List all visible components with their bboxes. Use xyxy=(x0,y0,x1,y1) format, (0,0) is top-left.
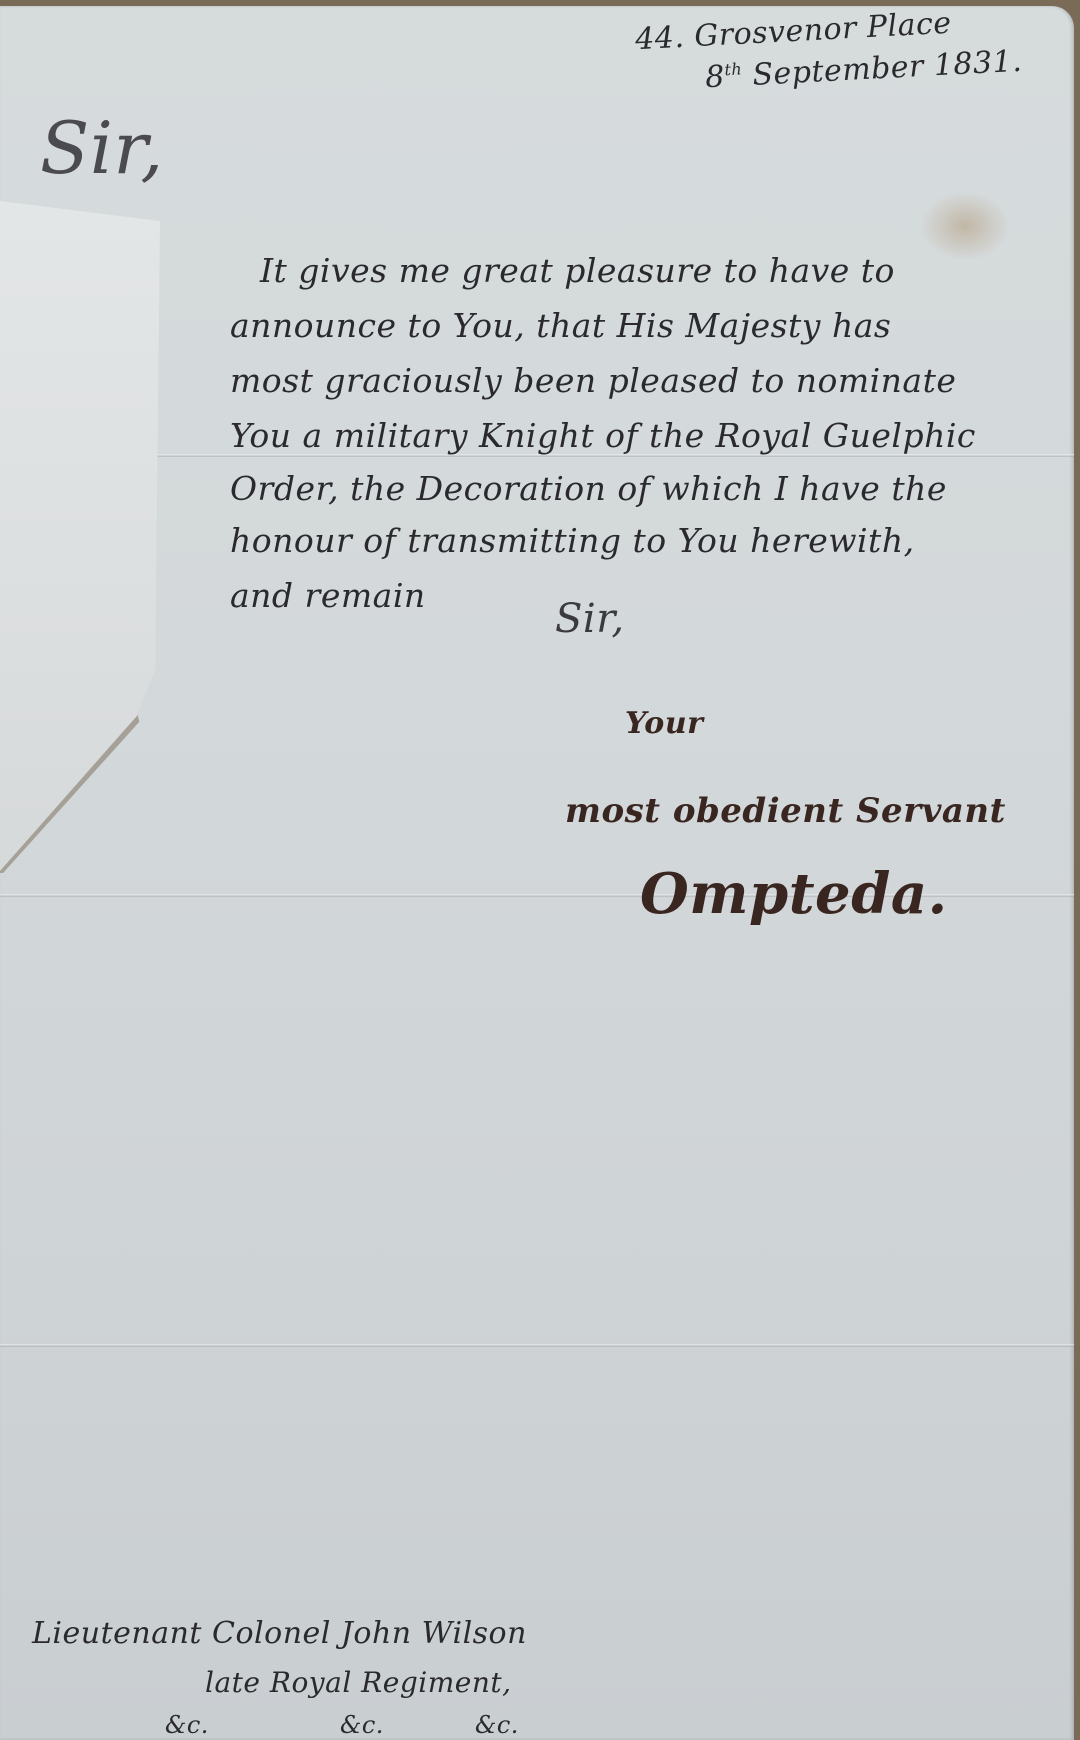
body-line: It gives me great pleasure to have to xyxy=(260,251,895,290)
body-line: Order, the Decoration of which I have th… xyxy=(230,469,947,508)
stain xyxy=(920,191,1010,261)
addressee-regiment: late Royal Regiment, xyxy=(205,1666,512,1699)
closing-yours: Your xyxy=(625,706,703,741)
body-line: most graciously been pleased to nominate xyxy=(230,361,956,400)
addressee-name: Lieutenant Colonel John Wilson xyxy=(32,1616,527,1651)
letter-date: 8th September 1831. xyxy=(704,44,1023,96)
body-line: honour of transmitting to You herewith, xyxy=(230,521,915,560)
etc-mark: &c. xyxy=(165,1711,209,1739)
etc-mark: &c. xyxy=(340,1711,384,1739)
etc-mark: &c. xyxy=(475,1711,519,1739)
body-line: announce to You, that His Majesty has xyxy=(230,306,891,345)
closing-servant: most obedient Servant xyxy=(565,791,1006,831)
closing-salutation: Sir, xyxy=(555,596,625,642)
folded-flap xyxy=(0,201,160,871)
letter-paper: 44. Grosvenor Place 8th September 1831. … xyxy=(0,6,1074,1740)
fold-line xyxy=(0,1344,1074,1347)
salutation: Sir, xyxy=(40,106,164,190)
signature: Ompteda. xyxy=(640,861,948,927)
body-line: You a military Knight of the Royal Guelp… xyxy=(230,416,976,455)
body-line: and remain xyxy=(230,576,426,615)
